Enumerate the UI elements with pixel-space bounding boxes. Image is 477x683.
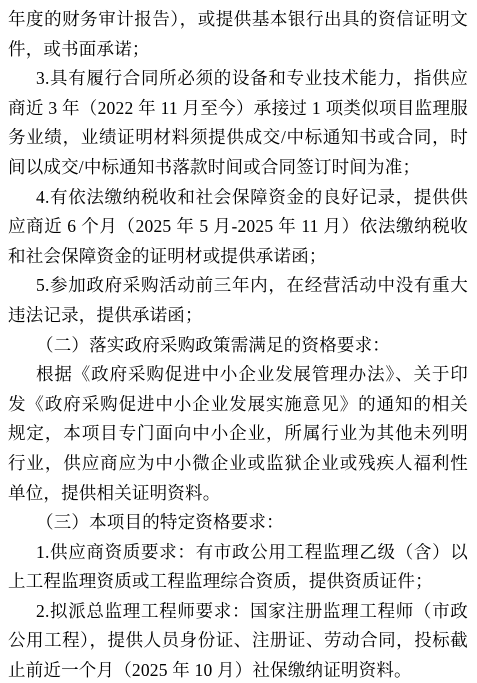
clause-4-tax-social-security: 4.有依法缴纳税收和社会保障资金的良好记录，提供供应商近 6 个月（2025 年… xyxy=(8,183,468,272)
specific-2-chief-supervision-engineer: 2.拟派总监理工程师要求：国家注册监理工程师（市政公用工程），提供人员身份证、注… xyxy=(8,597,468,683)
specific-1-supplier-qualification: 1.供应商资质要求：有市政公用工程监理乙级（含）以上工程监理资质或工程监理综合资… xyxy=(8,538,468,597)
smes-policy-paragraph: 根据《政府采购促进中小企业发展管理办法》、关于印发《政府采购促进中小企业发展实施… xyxy=(8,360,468,508)
continuation-credit-certificate-paragraph: 年度的财务审计报告），或提供基本银行出具的资信证明文件，或书面承诺； xyxy=(8,5,468,64)
section-3-heading: （三）本项目的特定资格要求： xyxy=(8,508,468,538)
clause-3-technical-capability: 3.具有履行合同所必须的设备和专业技术能力，指供应商近 3 年（2022 年 1… xyxy=(8,64,468,182)
clause-5-no-major-violations: 5.参加政府采购活动前三年内，在经营活动中没有重大违法记录，提供承诺函； xyxy=(8,271,468,330)
section-2-heading: （二）落实政府采购政策需满足的资格要求： xyxy=(8,331,468,361)
document-page: 年度的财务审计报告），或提供基本银行出具的资信证明文件，或书面承诺； 3.具有履… xyxy=(0,0,477,683)
